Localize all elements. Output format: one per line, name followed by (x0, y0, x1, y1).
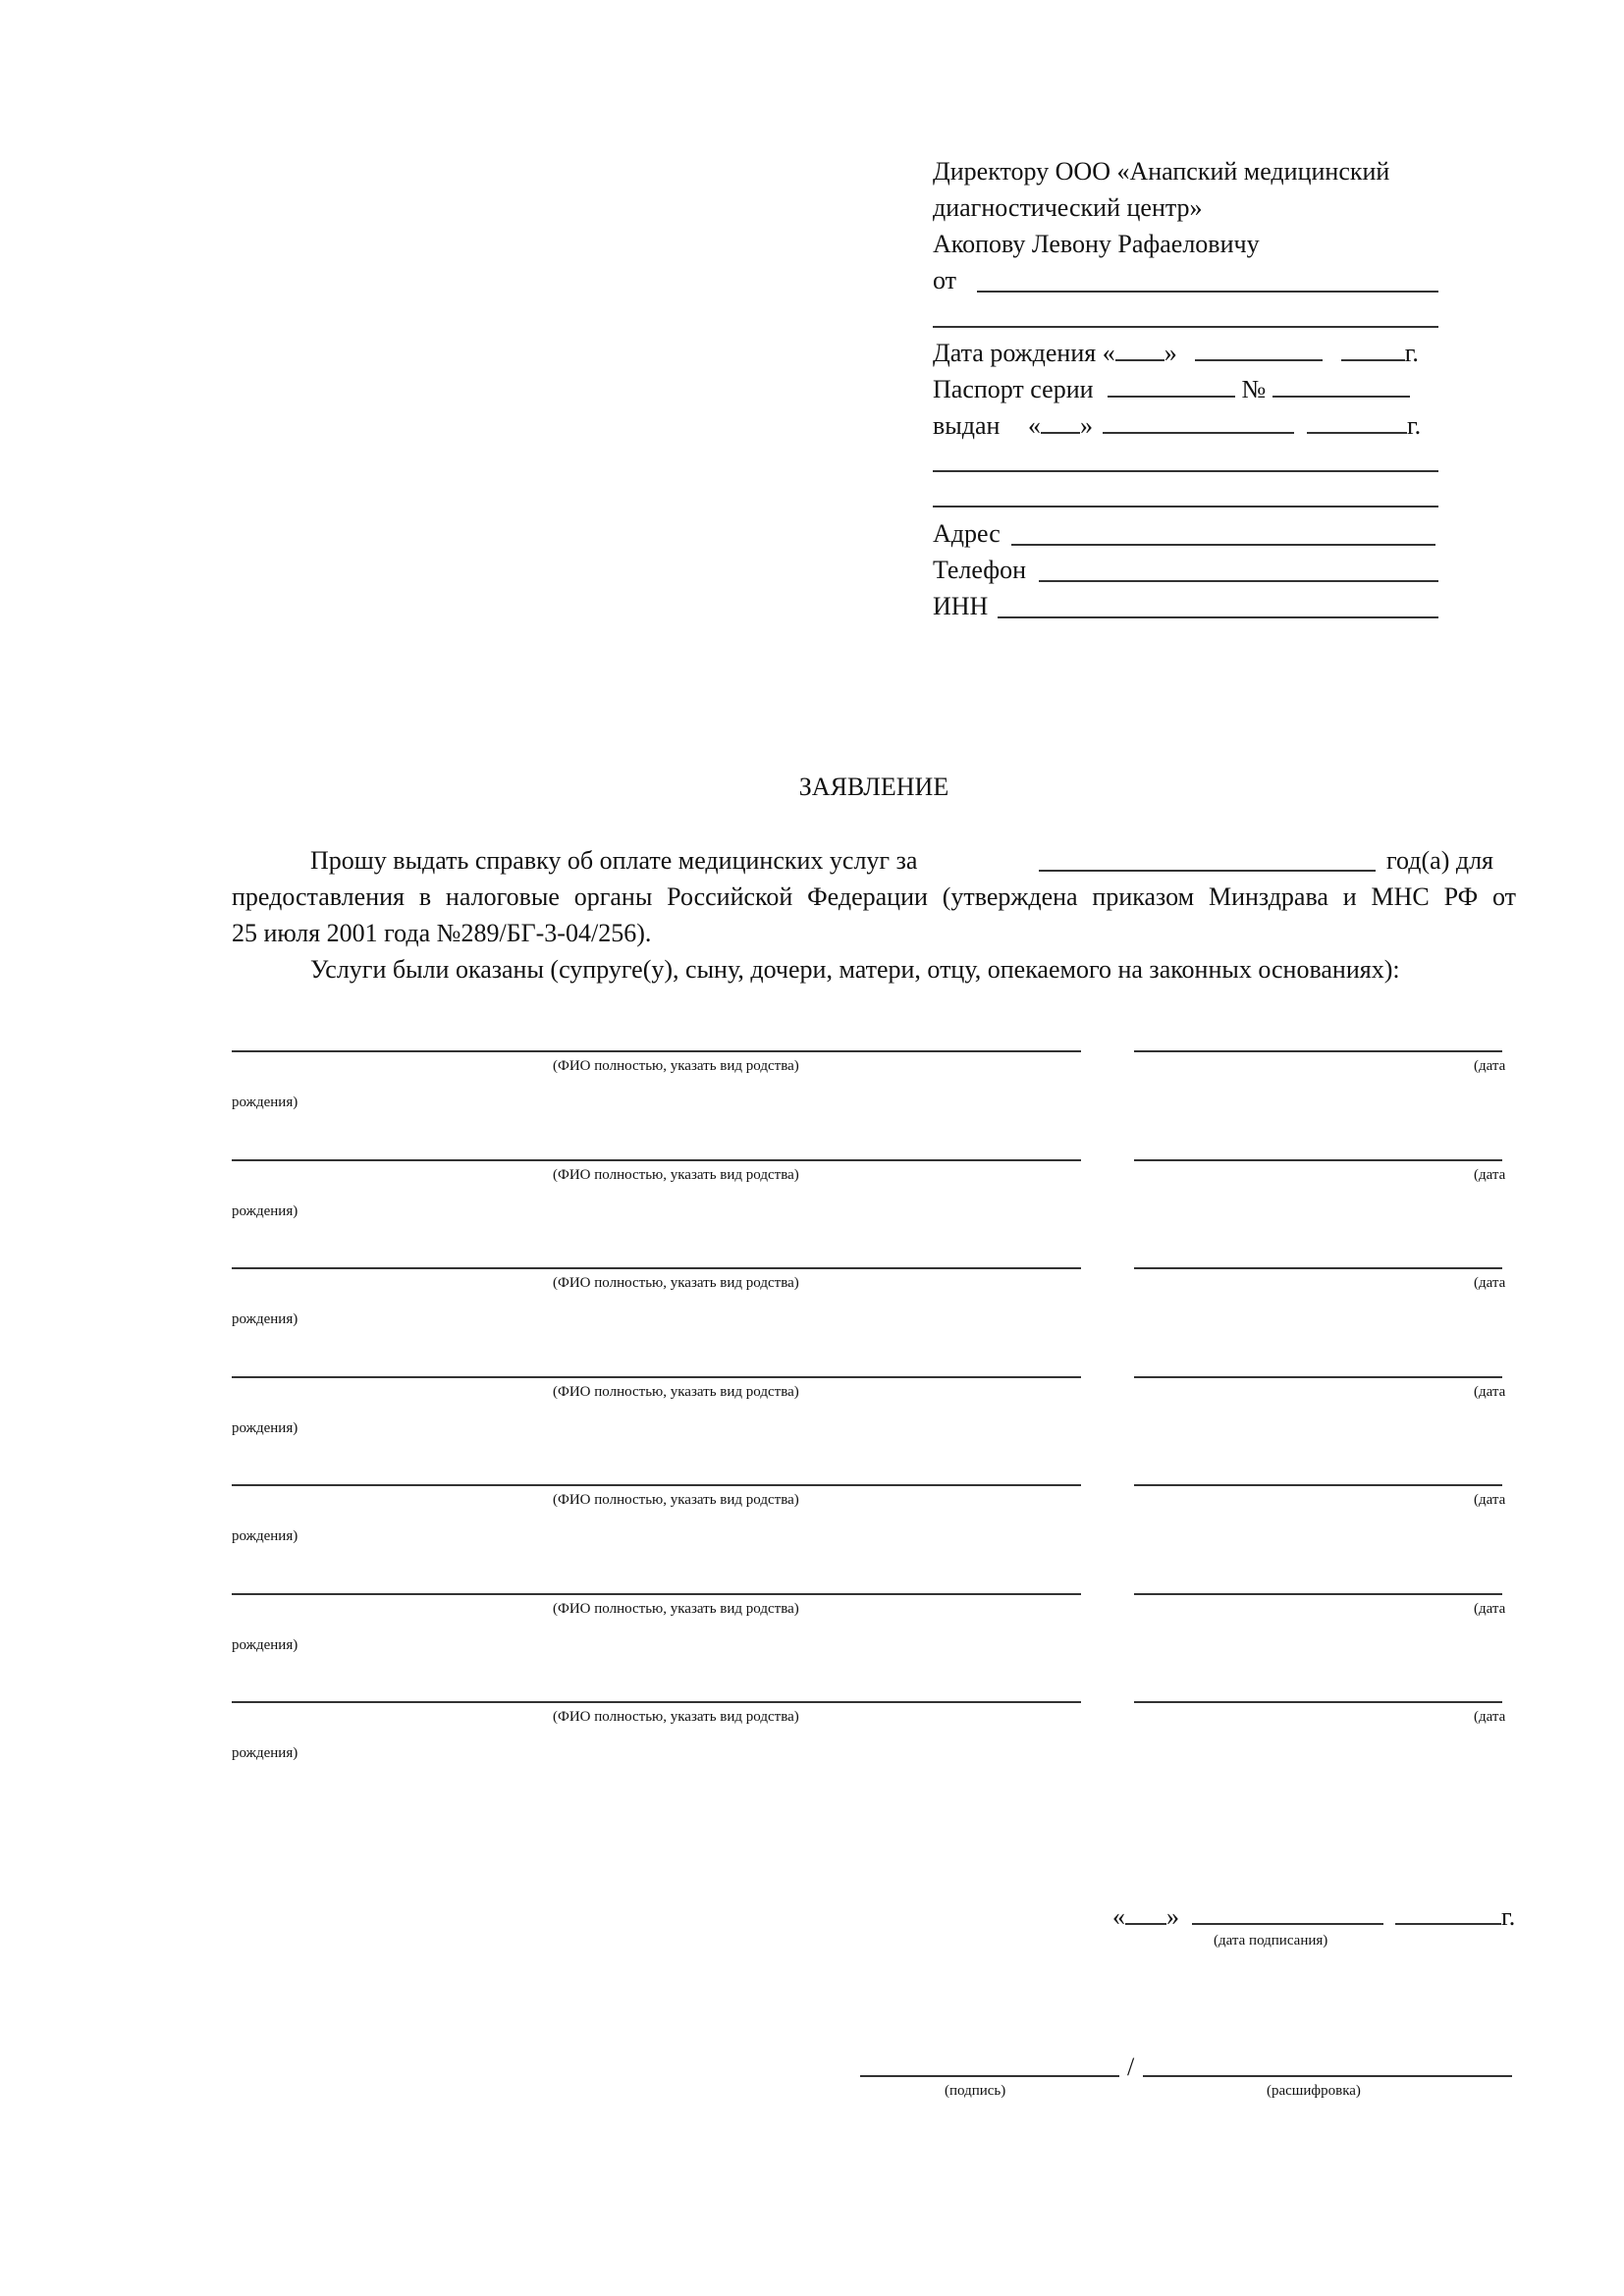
relative-date-hint-end: рождения) (232, 1311, 298, 1328)
relative-date-hint-start: (дата (1474, 1275, 1505, 1292)
relative-fio-field[interactable] (232, 1593, 1081, 1595)
relative-date-hint-start: (дата (1474, 1384, 1505, 1401)
relative-date-hint-start: (дата (1474, 1709, 1505, 1726)
request-text-line-3: 25 июля 2001 года №289/БГ-3-04/256). (232, 915, 651, 951)
relative-fio-hint: (ФИО полностью, указать вид родства) (553, 1167, 799, 1184)
issued-by-field[interactable] (933, 470, 1438, 472)
relative-date-hint-end: рождения) (232, 1528, 298, 1545)
relative-date-hint-end: рождения) (232, 1420, 298, 1437)
birth-year-field[interactable] (1341, 338, 1405, 361)
issued-year-suffix: г. (1407, 411, 1421, 440)
phone-field[interactable] (1039, 580, 1438, 582)
inn-field[interactable] (998, 616, 1438, 618)
from-field[interactable] (977, 291, 1438, 293)
relative-fio-field[interactable] (232, 1267, 1081, 1269)
relative-birth-date-field[interactable] (1134, 1159, 1502, 1161)
birth-month-field[interactable] (1195, 338, 1323, 361)
signing-month-field[interactable] (1192, 1901, 1383, 1925)
signing-open-quote: « (1112, 1902, 1125, 1931)
issued-month-field[interactable] (1103, 410, 1294, 434)
birth-day-close-quote: » (1164, 339, 1177, 367)
issued-open-quote: « (1028, 411, 1041, 440)
phone-label: Телефон (933, 552, 1026, 588)
relative-fio-hint: (ФИО полностью, указать вид родства) (553, 1601, 799, 1618)
address-field[interactable] (1011, 544, 1435, 546)
birth-date-label: Дата рождения « (933, 339, 1115, 367)
document-title: ЗАЯВЛЕНИЕ (0, 769, 1624, 805)
birth-date-row: Дата рождения «» г. (933, 335, 1419, 371)
relative-fio-field[interactable] (232, 1376, 1081, 1378)
signature-field[interactable] (860, 2075, 1119, 2077)
relative-fio-hint: (ФИО полностью, указать вид родства) (553, 1275, 799, 1292)
addressee-line-1: Директору ООО «Анапский медицинский (933, 153, 1389, 189)
relative-birth-date-field[interactable] (1134, 1484, 1502, 1486)
signing-year-suffix: г. (1501, 1902, 1515, 1931)
relative-date-hint-start: (дата (1474, 1492, 1505, 1509)
relative-fio-hint: (ФИО полностью, указать вид родства) (553, 1384, 799, 1401)
issued-by-field-2[interactable] (933, 506, 1438, 507)
relative-birth-date-field[interactable] (1134, 1267, 1502, 1269)
passport-number-field[interactable] (1272, 374, 1410, 398)
relative-date-hint-start: (дата (1474, 1058, 1505, 1075)
from-field-2[interactable] (933, 326, 1438, 328)
relative-birth-date-field[interactable] (1134, 1376, 1502, 1378)
birth-day-field[interactable] (1115, 338, 1164, 361)
inn-label: ИНН (933, 588, 988, 624)
issued-label: выдан (933, 411, 1000, 440)
relative-date-hint-end: рождения) (232, 1203, 298, 1220)
relative-birth-date-field[interactable] (1134, 1050, 1502, 1052)
relative-date-hint-end: рождения) (232, 1745, 298, 1762)
signature-slash: / (1127, 2049, 1134, 2085)
relative-fio-hint: (ФИО полностью, указать вид родства) (553, 1058, 799, 1075)
addressee-name: Акопову Левону Рафаеловичу (933, 226, 1260, 262)
signing-date-row: «» г. (1112, 1898, 1515, 1935)
issued-close-quote: » (1080, 411, 1093, 440)
relative-birth-date-field[interactable] (1134, 1593, 1502, 1595)
relative-date-hint-end: рождения) (232, 1637, 298, 1654)
signing-close-quote: » (1166, 1902, 1179, 1931)
signature-decode-field[interactable] (1143, 2075, 1512, 2077)
relative-fio-field[interactable] (232, 1159, 1081, 1161)
relative-fio-hint: (ФИО полностью, указать вид родства) (553, 1492, 799, 1509)
relative-fio-hint: (ФИО полностью, указать вид родства) (553, 1709, 799, 1726)
relative-fio-field[interactable] (232, 1701, 1081, 1703)
passport-label: Паспорт серии (933, 375, 1094, 403)
issued-year-field[interactable] (1307, 410, 1407, 434)
relative-date-hint-end: рождения) (232, 1095, 298, 1111)
issued-day-field[interactable] (1041, 410, 1080, 434)
signature-decode-hint: (расшифровка) (1267, 2083, 1361, 2100)
relative-fio-field[interactable] (232, 1050, 1081, 1052)
relative-fio-field[interactable] (232, 1484, 1081, 1486)
signature-hint: (подпись) (945, 2083, 1005, 2100)
year-field[interactable] (1039, 870, 1376, 872)
passport-series-field[interactable] (1108, 374, 1235, 398)
signing-date-hint: (дата подписания) (1214, 1933, 1327, 1949)
request-text-start: Прошу выдать справку об оплате медицинск… (310, 842, 917, 879)
request-text-line-2: предоставления в налоговые органы Россий… (232, 879, 1516, 915)
request-text-after-blank: год(а) для (1386, 842, 1493, 879)
from-label: от (933, 262, 956, 298)
passport-row: Паспорт серии № (933, 371, 1410, 407)
birth-year-suffix: г. (1405, 339, 1419, 367)
services-text: Услуги были оказаны (супруге(у), сыну, д… (310, 951, 1400, 988)
address-label: Адрес (933, 515, 1001, 552)
relative-birth-date-field[interactable] (1134, 1701, 1502, 1703)
issued-row: выдан «» г. (933, 407, 1421, 444)
relative-date-hint-start: (дата (1474, 1601, 1505, 1618)
signing-year-field[interactable] (1395, 1901, 1501, 1925)
number-sign: № (1242, 375, 1267, 403)
addressee-line-2: диагностический центр» (933, 189, 1203, 226)
signing-day-field[interactable] (1125, 1901, 1166, 1925)
relative-date-hint-start: (дата (1474, 1167, 1505, 1184)
